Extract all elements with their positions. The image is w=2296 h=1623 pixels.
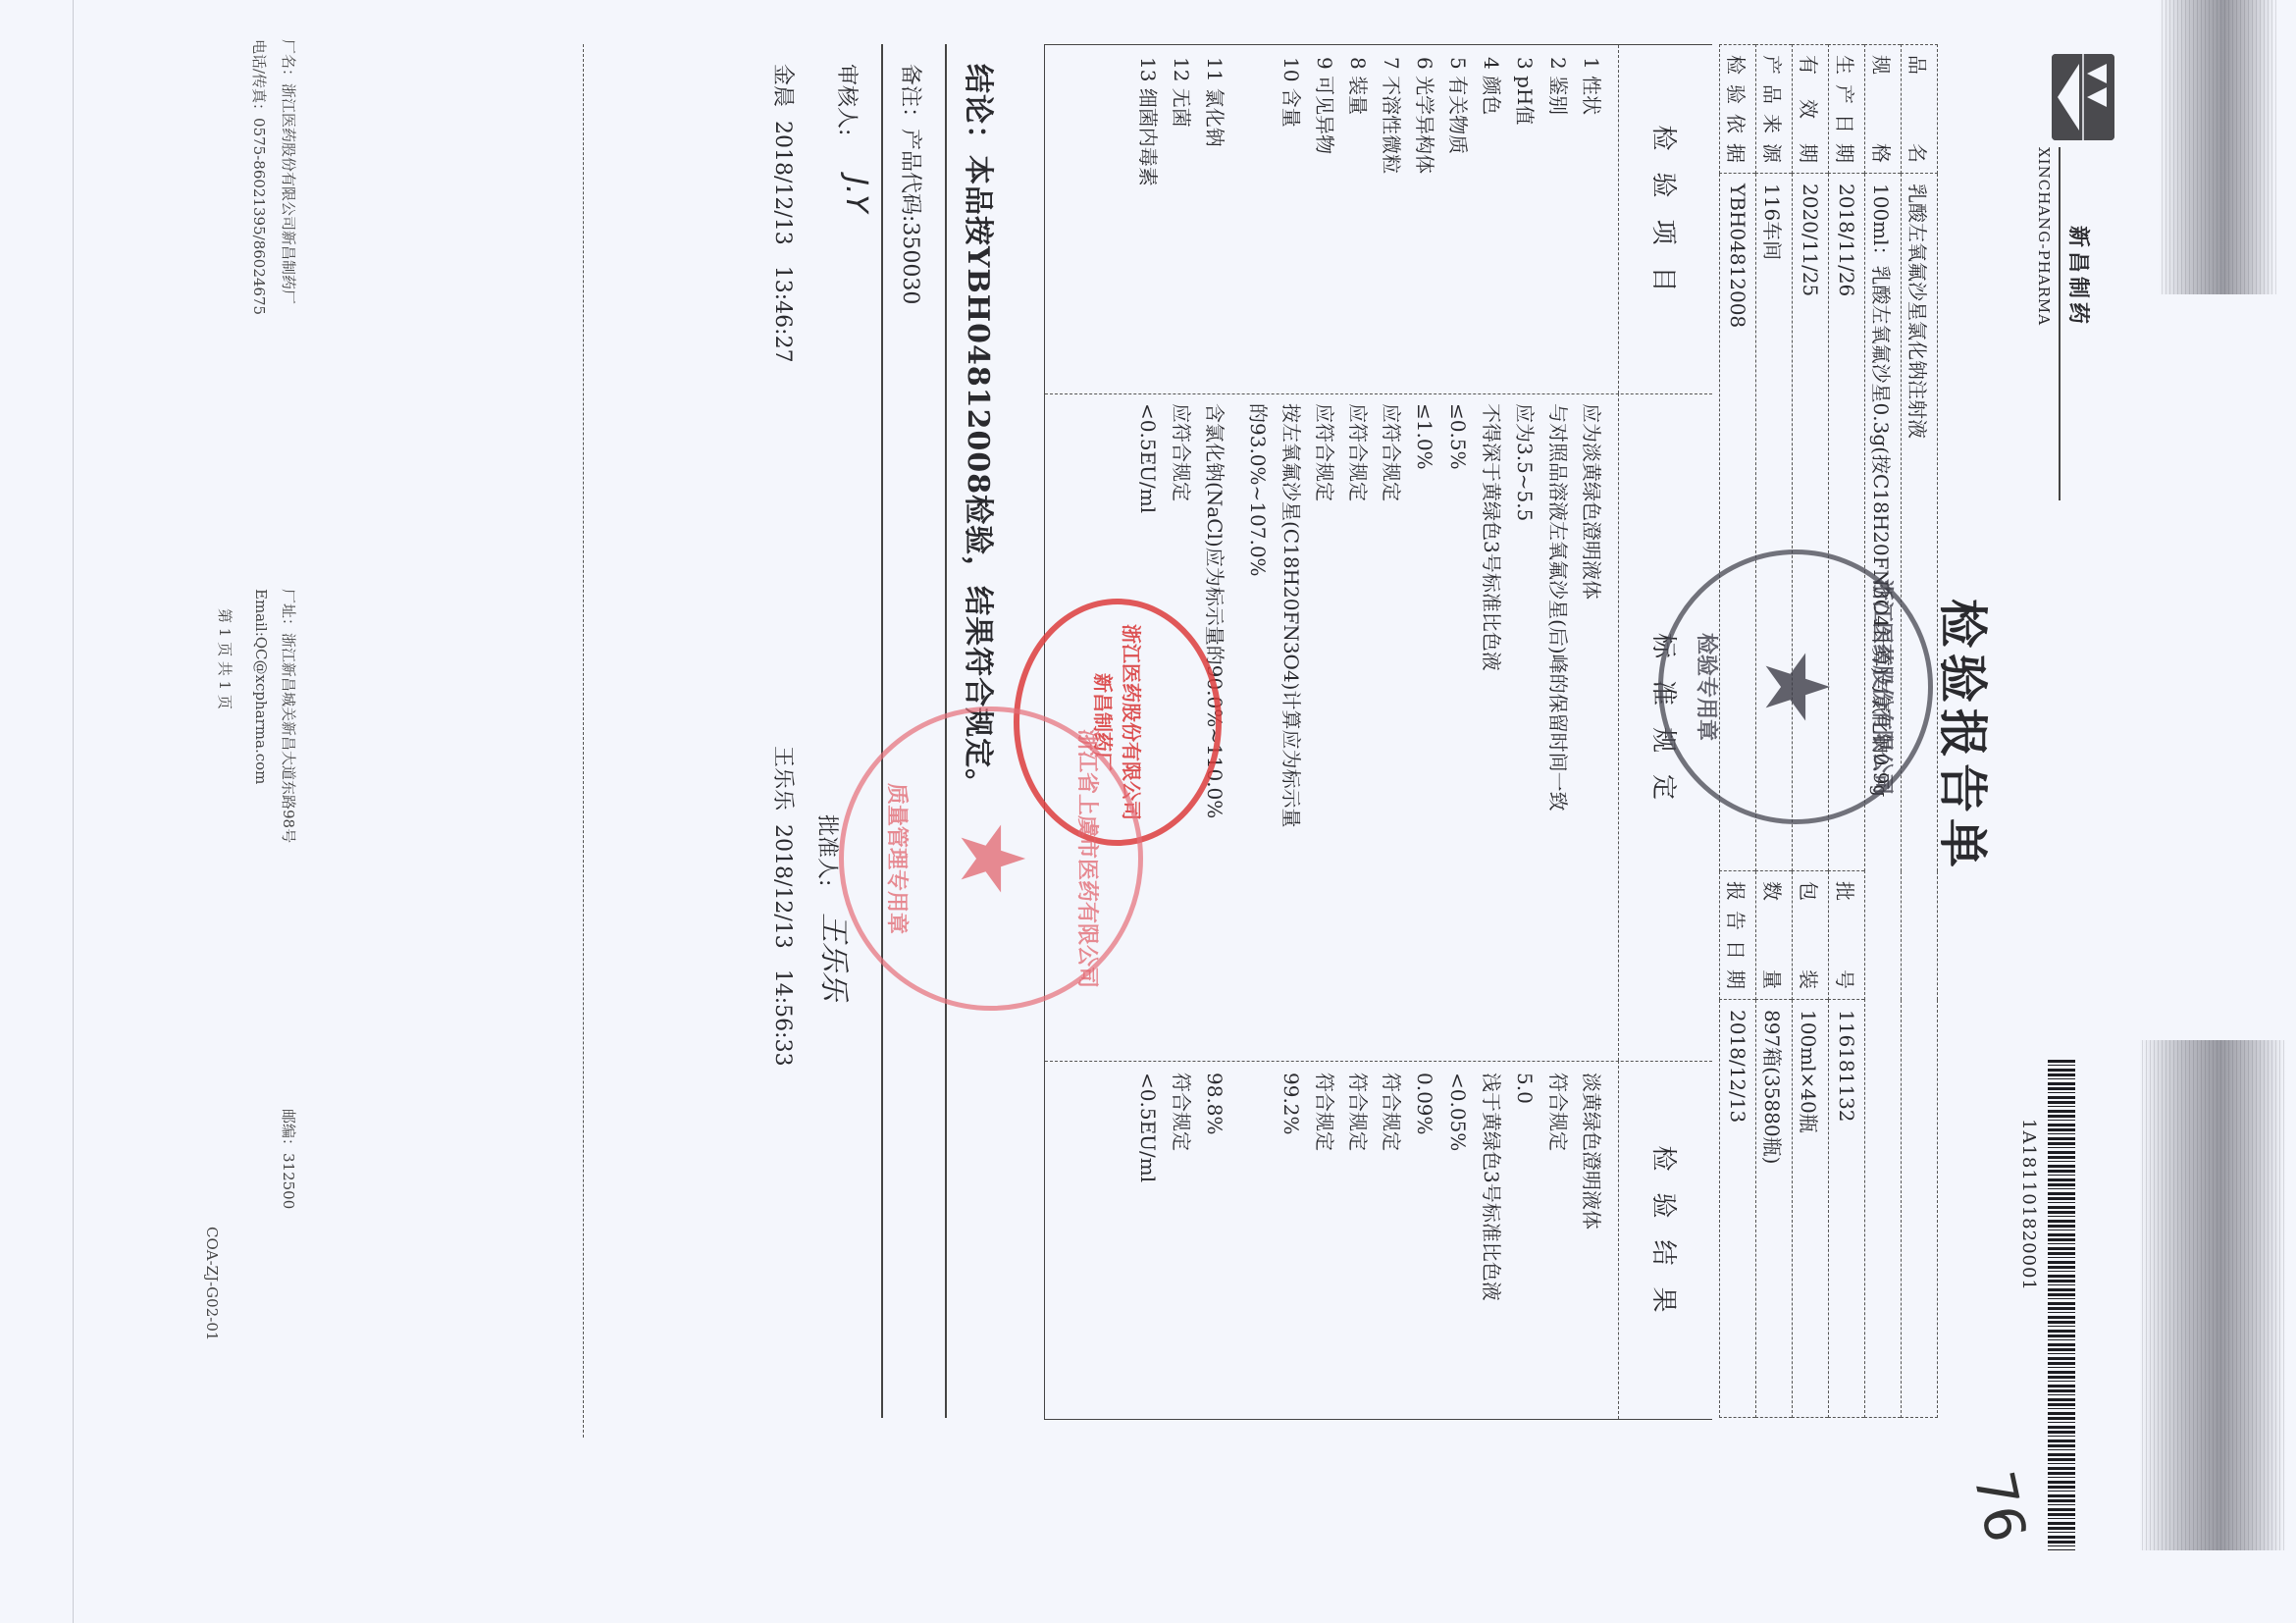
- info-value: 2018/12/13: [1720, 1000, 1756, 1418]
- test-result: 符合规定: [1165, 1061, 1198, 1419]
- info-label: 规 格: [1865, 45, 1902, 174]
- test-standard: 不得深于黄绿色3号标准比色液: [1475, 393, 1508, 1061]
- test-standard: 应符合规定: [1341, 393, 1375, 1061]
- result-column: 检验结果 淡黄绿色澄明液体符合规定5.0浅于黄绿色3号标准比色液<0.05%0.…: [1045, 1061, 1712, 1419]
- test-item-list: 1 性状2 鉴别3 pH值4 颜色5 有关物质6 光学异构体7 不溶性微粒8 装…: [1131, 45, 1618, 393]
- stamp-top-text: 浙江省上虞市医药有限公司: [1073, 711, 1104, 1006]
- test-item: 7 不溶性微粒: [1375, 45, 1408, 393]
- test-result: 淡黄绿色澄明液体: [1575, 1061, 1608, 1419]
- star-icon: ★: [1751, 648, 1840, 727]
- test-standard: ≤0.5%: [1441, 393, 1475, 1061]
- remark-text: 备注：产品代码:350030: [897, 64, 927, 304]
- test-item: 8 装量: [1341, 45, 1375, 393]
- standard-line: 不得深于黄绿色3号标准比色液: [1475, 403, 1508, 1061]
- test-standard: 按左氧氟沙星(C18H20FN3O4)计算应为标示量的93.0%~107.0%: [1241, 393, 1308, 1061]
- row-spacer: [1231, 45, 1241, 393]
- info-label: 报告日期: [1720, 871, 1756, 1000]
- standard-line: 应符合规定: [1375, 403, 1408, 1061]
- barcode-number: 1A181101820001: [2018, 1119, 2039, 1291]
- info-label: 品 名: [1902, 45, 1938, 174]
- test-result: 98.8%: [1198, 1061, 1231, 1419]
- test-result: 符合规定: [1541, 1061, 1575, 1419]
- header-divider: [2059, 147, 2061, 500]
- info-value: 100ml×40瓶: [1793, 1000, 1829, 1418]
- info-label: 包 装: [1793, 871, 1829, 1000]
- test-result: 符合规定: [1341, 1061, 1375, 1419]
- test-item: 1 性状: [1575, 45, 1608, 393]
- stamp-bottom-text: 质量管理专用章: [883, 711, 913, 1006]
- test-result: 浅于黄绿色3号标准比色液: [1475, 1061, 1508, 1419]
- info-label: 产品来源: [1756, 45, 1793, 174]
- test-standard: 应为淡黄绿色澄明液体: [1575, 393, 1608, 1061]
- form-code: COA-ZJ-G02-01: [203, 1227, 221, 1340]
- standard-line: ≤1.0%: [1408, 403, 1441, 1061]
- reviewer-label: 审核人:: [833, 64, 863, 135]
- scan-noise-band: [2159, 0, 2276, 294]
- standard-line: 与对照品溶液左氧氟沙星(后)峰的保留时间一致: [1541, 403, 1575, 1061]
- test-result: <0.5EU/ml: [1131, 1061, 1165, 1419]
- test-item: 13 细菌内毒素: [1131, 45, 1165, 393]
- test-standard: 应符合规定: [1308, 393, 1341, 1061]
- info-value: 乳酸左氧氟沙星氯化钠注射液: [1902, 174, 1938, 1418]
- info-value: 116181132: [1829, 1000, 1865, 1418]
- info-label: 数 量: [1756, 871, 1793, 1000]
- test-item: 2 鉴别: [1541, 45, 1575, 393]
- column-header-item: 检验项目: [1618, 45, 1712, 393]
- triangle-logo-icon: [2052, 54, 2114, 140]
- reviewer-signature: J.Y: [839, 177, 873, 213]
- test-item: 3 pH值: [1508, 45, 1541, 393]
- test-standard: 应符合规定: [1375, 393, 1408, 1061]
- column-header-result: 检验结果: [1618, 1061, 1712, 1419]
- test-standard: 应为3.5~5.5: [1508, 393, 1541, 1061]
- test-item-column: 检验项目 1 性状2 鉴别3 pH值4 颜色5 有关物质6 光学异构体7 不溶性…: [1045, 45, 1712, 394]
- approver-name-time: 王乐乐 2018/12/13 14:56:33: [769, 746, 800, 1067]
- reviewer-name-time: 金晨 2018/12/13 13:46:27: [769, 64, 800, 363]
- handwritten-mark: 76: [1960, 1466, 2037, 1547]
- info-label: 检验依据: [1720, 45, 1756, 174]
- quality-seal-stamp: 浙江省上虞市医药有限公司 ★ 质量管理专用章: [839, 707, 1143, 1011]
- brand-name-cn: 新昌制药: [2064, 226, 2095, 328]
- stamp-top-text: 浙江医药股份有限公司: [1868, 554, 1899, 819]
- footer-phone-fax: 电话/传真：0575-86021395/86024675: [249, 39, 270, 315]
- footer-email: Email:QC@xcpharma.com: [252, 589, 270, 784]
- test-item: 12 无菌: [1165, 45, 1198, 393]
- test-standard: ≤1.0%: [1408, 393, 1441, 1061]
- test-result: 5.0: [1508, 1061, 1541, 1419]
- standard-line: 按左氧氟沙星(C18H20FN3O4)计算应为标示量: [1275, 403, 1308, 1061]
- brand-name-en: XINCHANG-PHARMA: [2035, 147, 2053, 326]
- test-result: 0.09%: [1408, 1061, 1441, 1419]
- test-standard: 与对照品溶液左氧氟沙星(后)峰的保留时间一致: [1541, 393, 1575, 1061]
- page-number: 第 1 页 共 1 页: [215, 608, 235, 709]
- test-item: 10 含量: [1241, 45, 1308, 393]
- scan-noise-band: [2139, 1040, 2286, 1550]
- info-label: 有 效 期: [1793, 45, 1829, 174]
- footer-address: 厂址：浙江新昌城关新昌大道东路98号: [279, 589, 299, 843]
- standard-line: 应符合规定: [1308, 403, 1341, 1061]
- standard-line: ≤0.5%: [1441, 403, 1475, 1061]
- scan-edge-line: [73, 0, 74, 1623]
- test-item: 6 光学异构体: [1408, 45, 1441, 393]
- test-result: 符合规定: [1308, 1061, 1341, 1419]
- test-item: 4 颜色: [1475, 45, 1508, 393]
- result-list: 淡黄绿色澄明液体符合规定5.0浅于黄绿色3号标准比色液<0.05%0.09%符合…: [1131, 1061, 1618, 1419]
- info-label: 批 号: [1829, 871, 1865, 1000]
- test-item: 9 可见异物: [1308, 45, 1341, 393]
- test-result: 符合规定: [1375, 1061, 1408, 1419]
- info-label: 生产日期: [1829, 45, 1865, 174]
- inspection-report-page: 新昌制药 XINCHANG-PHARMA 检验报告单 1A18110182000…: [0, 0, 2296, 1623]
- row-spacer: [1231, 393, 1241, 1061]
- footer-factory-name: 厂名：浙江医药股份有限公司新昌制药厂: [279, 39, 299, 304]
- inspection-seal-stamp: 浙江医药股份有限公司 ★ 检验专用章: [1658, 550, 1933, 824]
- test-result: <0.05%: [1441, 1061, 1475, 1419]
- row-spacer: [1231, 1061, 1241, 1419]
- standard-line: 应为淡黄绿色澄明液体: [1575, 403, 1608, 1061]
- stamp-bottom-text: 检验专用章: [1693, 554, 1723, 819]
- conclusion-text: 结论：本品按YBH04812008检验，结果符合规定。: [960, 64, 1003, 799]
- document-title: 检验报告单: [1931, 599, 2002, 873]
- info-value: 897箱(35880瓶): [1756, 1000, 1793, 1418]
- footer-postcode: 邮编：312500: [279, 1109, 299, 1209]
- footer-divider: [582, 44, 585, 1438]
- standard-line: 应符合规定: [1341, 403, 1375, 1061]
- test-item: 11 氯化钠: [1198, 45, 1231, 393]
- approver-signature: 王乐乐: [815, 913, 859, 1001]
- star-icon: ★: [947, 819, 1035, 899]
- standard-line: 应为3.5~5.5: [1508, 403, 1541, 1061]
- test-result: 99.2%: [1241, 1061, 1308, 1419]
- barcode: [2048, 1060, 2075, 1550]
- test-item: 5 有关物质: [1441, 45, 1475, 393]
- standard-line: 的93.0%~107.0%: [1241, 403, 1275, 1061]
